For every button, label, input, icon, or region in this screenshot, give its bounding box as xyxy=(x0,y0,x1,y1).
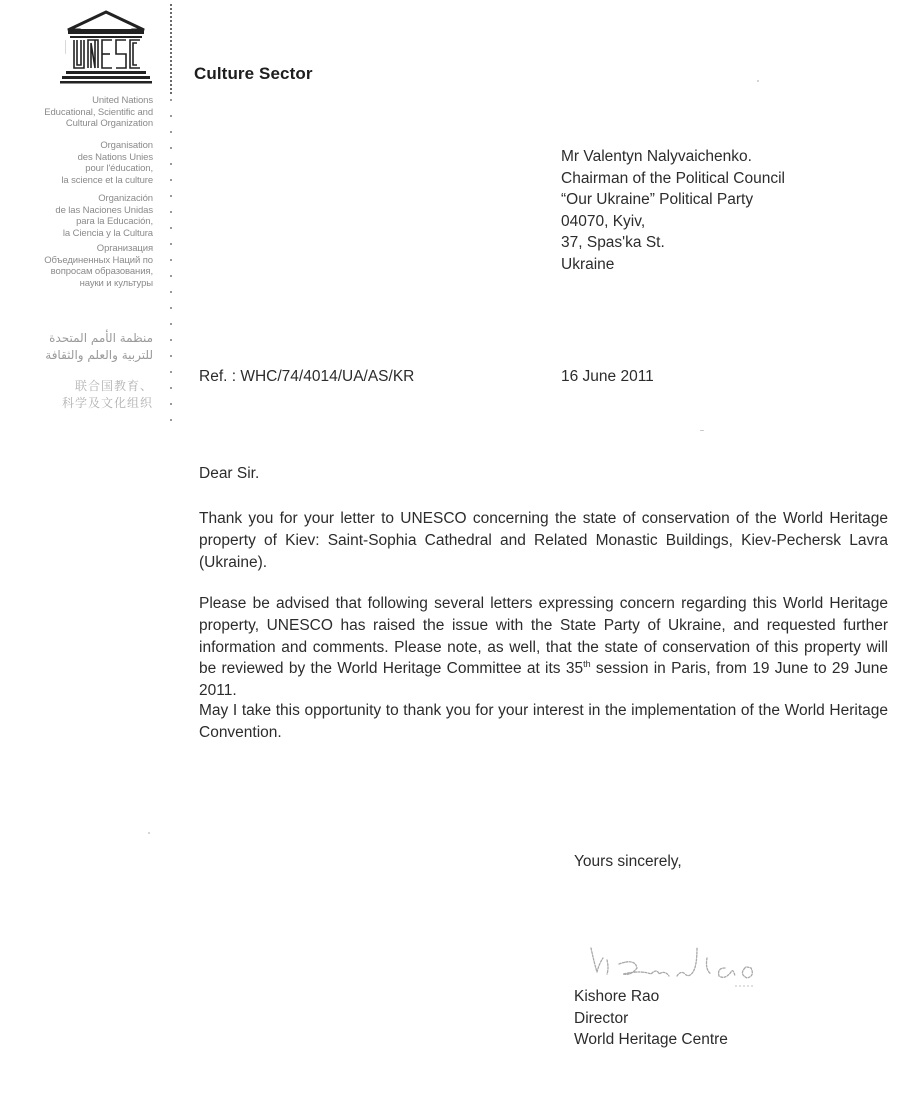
scan-speck xyxy=(65,40,66,54)
org-name-line: para la Educación, xyxy=(55,216,153,228)
org-name-line: Organización xyxy=(55,193,153,205)
reference-number: Ref. : WHC/74/4014/UA/AS/KR xyxy=(199,368,414,386)
scan-speck xyxy=(757,80,759,82)
org-name-line: Объединенных Наций по xyxy=(44,255,153,267)
org-name-line: pour l'éducation, xyxy=(61,163,153,175)
recipient-line: “Our Ukraine” Political Party xyxy=(561,189,785,211)
recipient-line: Ukraine xyxy=(561,254,785,276)
org-name-line: Организация xyxy=(44,243,153,255)
letter-page: United Nations Educational, Scientific a… xyxy=(0,0,900,1094)
letter-date: 16 June 2011 xyxy=(561,368,654,386)
org-name-line: للتربية والعلم والثقافة xyxy=(45,347,153,364)
scan-speck xyxy=(148,832,150,834)
recipient-line: Mr Valentyn Nalyvaichenko. xyxy=(561,146,785,168)
org-name-line: de las Naciones Unidas xyxy=(55,205,153,217)
sector-heading: Culture Sector xyxy=(194,64,313,84)
signer-organization: World Heritage Centre xyxy=(574,1029,728,1051)
org-name-line: la Ciencia y la Cultura xyxy=(55,228,153,240)
org-name-english: United Nations Educational, Scientific a… xyxy=(44,95,153,130)
dotted-separator xyxy=(170,4,172,424)
salutation: Dear Sir. xyxy=(199,465,259,483)
org-name-line: Organisation xyxy=(61,140,153,152)
signer-block: Kishore Rao Director World Heritage Cent… xyxy=(574,986,728,1051)
org-name-arabic: منظمة الأمم المتحدة للتربية والعلم والثق… xyxy=(45,330,153,364)
recipient-line: 37, Spas'ka St. xyxy=(561,232,785,254)
recipient-line: 04070, Kyiv, xyxy=(561,211,785,233)
signer-name: Kishore Rao xyxy=(574,986,728,1008)
signature-icon xyxy=(585,940,785,990)
separator-dense-segment xyxy=(170,4,172,94)
recipient-line: Chairman of the Political Council xyxy=(561,168,785,190)
scan-speck xyxy=(700,430,704,431)
body-paragraph-2: Please be advised that following several… xyxy=(199,593,888,702)
org-name-russian: Организация Объединенных Наций по вопрос… xyxy=(44,243,153,289)
valediction: Yours sincerely, xyxy=(574,853,682,871)
org-name-line: des Nations Unies xyxy=(61,152,153,164)
org-name-line: 科学及文化组织 xyxy=(62,395,153,412)
org-name-french: Organisation des Nations Unies pour l'éd… xyxy=(61,140,153,186)
org-name-line: 联合国教育、 xyxy=(62,378,153,395)
ordinal-suffix: th xyxy=(583,659,591,669)
signer-title: Director xyxy=(574,1008,728,1030)
body-paragraph-3: May I take this opportunity to thank you… xyxy=(199,700,888,744)
org-name-spanish: Organización de las Naciones Unidas para… xyxy=(55,193,153,239)
separator-sparse-segment xyxy=(170,99,172,424)
unesco-logo-icon xyxy=(60,10,152,85)
org-name-chinese: 联合国教育、 科学及文化组织 xyxy=(62,378,153,412)
org-name-line: United Nations xyxy=(44,95,153,107)
org-name-line: науки и культуры xyxy=(44,278,153,290)
body-paragraph-1: Thank you for your letter to UNESCO conc… xyxy=(199,508,888,573)
org-name-line: вопросам образования, xyxy=(44,266,153,278)
org-name-line: Educational, Scientific and xyxy=(44,107,153,119)
org-name-line: Cultural Organization xyxy=(44,118,153,130)
org-name-line: la science et la culture xyxy=(61,175,153,187)
org-name-line: منظمة الأمم المتحدة xyxy=(45,330,153,347)
recipient-address: Mr Valentyn Nalyvaichenko. Chairman of t… xyxy=(561,146,785,276)
